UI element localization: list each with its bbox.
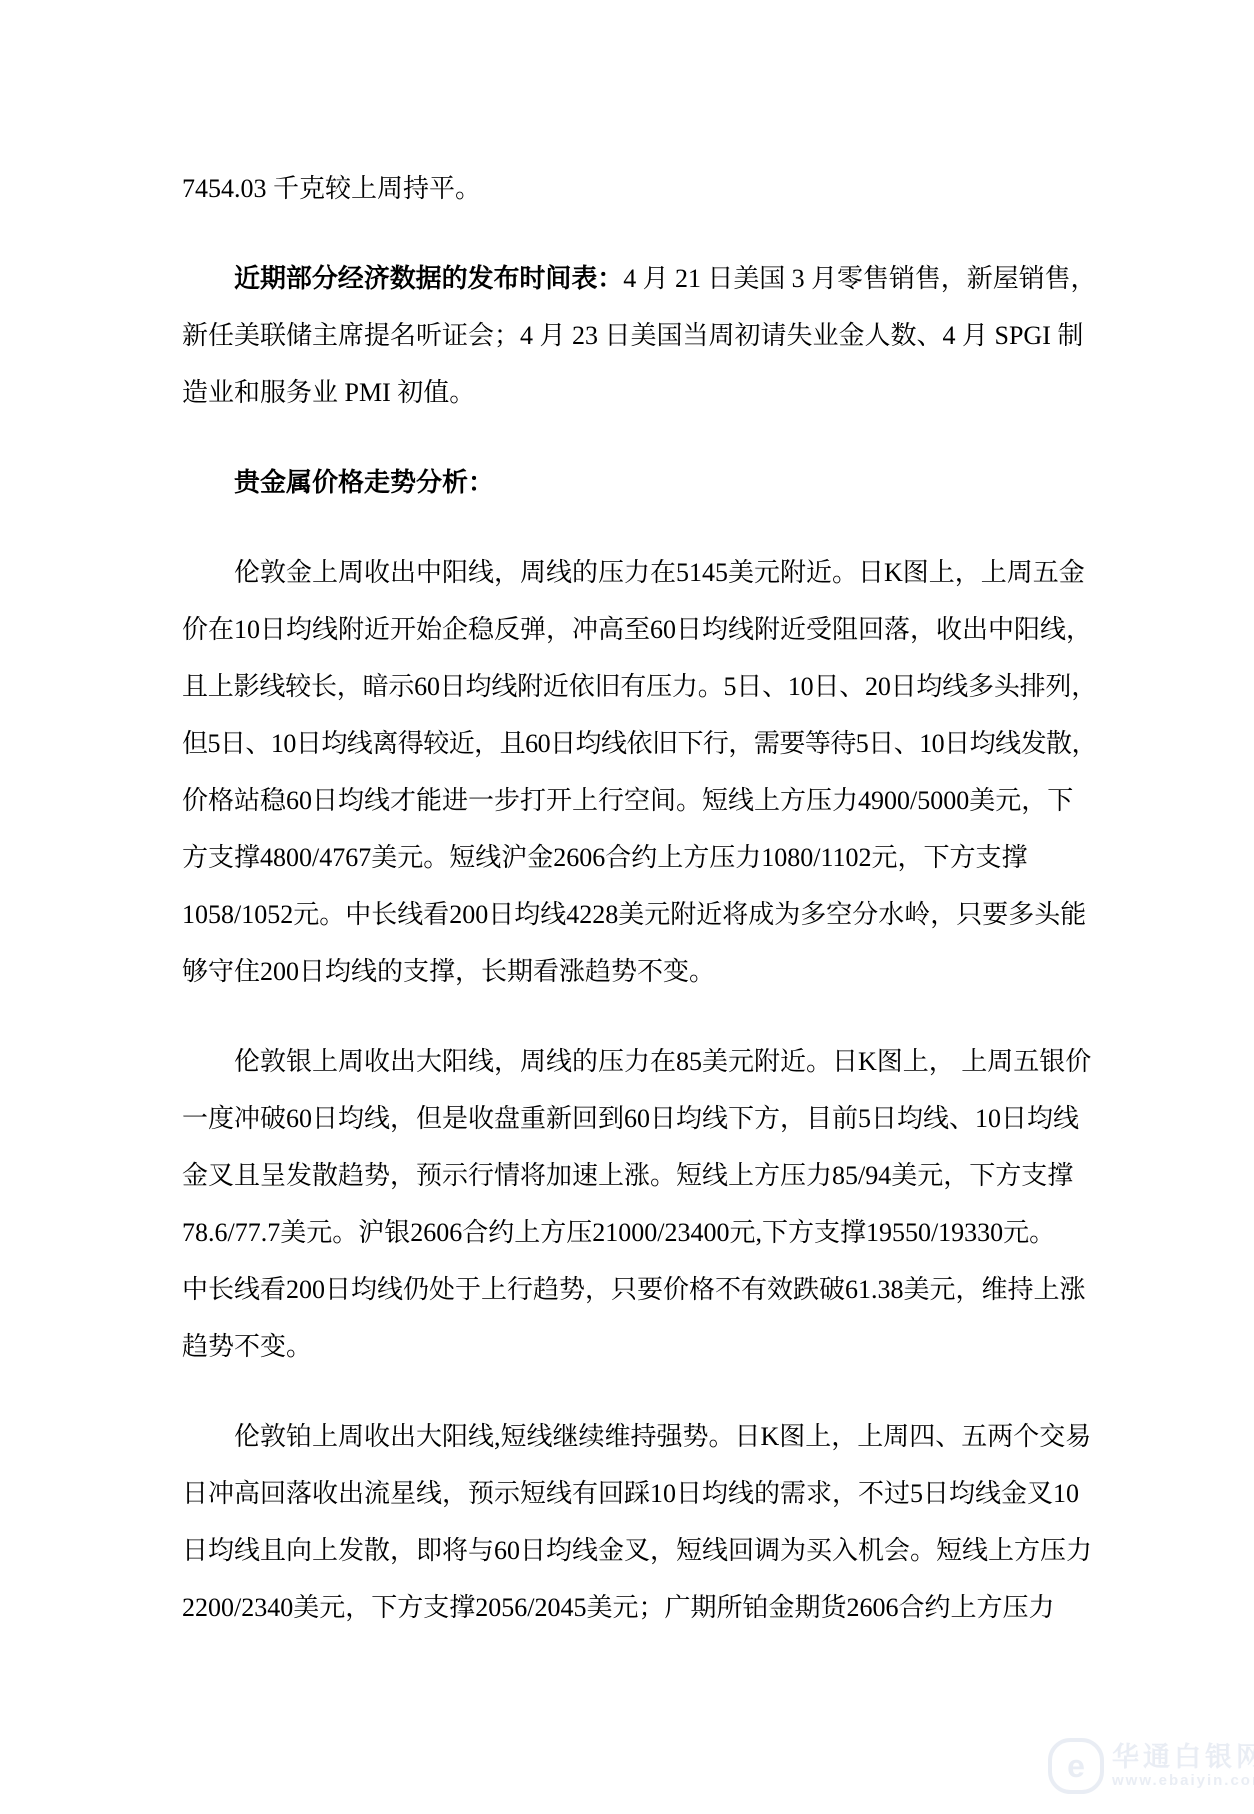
- paragraph-platinum-analysis: 伦敦铂上周收出大阳线,短线继续维持强势。日K图上，上周四、五两个交易日冲高回落收…: [182, 1408, 1097, 1636]
- text-run: 但5日、10日均线离得较近，且60日均线依旧下行，需要等待5日、10日均线发散，: [182, 729, 1097, 758]
- text-line: 日冲高回落收出流星线，预示短线有回踩10日均线的需求，不过5日均线金叉10: [182, 1465, 1097, 1522]
- text-line: 价在10日均线附近开始企稳反弹，冲高至60日均线附近受阻回落，收出中阳线，: [182, 601, 1097, 658]
- bold-text-run: 贵金属价格走势分析：: [234, 468, 494, 497]
- text-line: 够守住200日均线的支撑，长期看涨趋势不变。: [182, 943, 1097, 1000]
- text-line: 78.6/77.7美元。沪银2606合约上方压21000/23400元,下方支撑…: [182, 1204, 1097, 1261]
- watermark-site-url: www.ebaiyin.com: [1112, 1772, 1254, 1790]
- bold-text-run: 近期部分经济数据的发布时间表：: [234, 264, 623, 293]
- text-line: 一度冲破60日均线，但是收盘重新回到60日均线下方，目前5日均线、10日均线: [182, 1090, 1097, 1147]
- text-run: 伦敦银上周收出大阳线，周线的压力在85美元附近。日K图上， 上周五银价: [234, 1047, 1091, 1076]
- paragraph-gold-analysis: 伦敦金上周收出中阳线，周线的压力在5145美元附近。日K图上，上周五金价在10日…: [182, 544, 1097, 1000]
- paragraph-silver-analysis: 伦敦银上周收出大阳线，周线的压力在85美元附近。日K图上， 上周五银价一度冲破6…: [182, 1033, 1097, 1375]
- text-run: 78.6/77.7美元。沪银2606合约上方压21000/23400元,下方支撑…: [182, 1218, 1055, 1247]
- text-run: 伦敦金上周收出中阳线，周线的压力在5145美元附近。日K图上，上周五金: [234, 558, 1085, 587]
- text-line: 2200/2340美元，下方支撑2056/2045美元；广期所铂金期货2606合…: [182, 1579, 1097, 1636]
- text-run: 日冲高回落收出流星线，预示短线有回踩10日均线的需求，不过5日均线金叉10: [182, 1479, 1079, 1508]
- text-run: 1058/1052元。中长线看200日均线4228美元附近将成为多空分水岭，只要…: [182, 900, 1086, 929]
- text-run: 一度冲破60日均线，但是收盘重新回到60日均线下方，目前5日均线、10日均线: [182, 1104, 1079, 1133]
- text-run: 够守住200日均线的支撑，长期看涨趋势不变。: [182, 957, 715, 986]
- text-line: 中长线看200日均线仍处于上行趋势，只要价格不有效跌破61.38美元，维持上涨: [182, 1261, 1097, 1318]
- text-run: 金叉且呈发散趋势，预示行情将加速上涨。短线上方压力85/94美元，下方支撑: [182, 1161, 1073, 1190]
- text-line: 且上影线较长，暗示60日均线附近依旧有压力。5日、10日、20日均线多头排列，: [182, 658, 1097, 715]
- text-line: 伦敦铂上周收出大阳线,短线继续维持强势。日K图上，上周四、五两个交易: [182, 1408, 1097, 1465]
- watermark: e 华通白银网 www.ebaiyin.com: [1048, 1738, 1254, 1794]
- watermark-logo-icon: e: [1048, 1738, 1104, 1794]
- text-line: 伦敦金上周收出中阳线，周线的压力在5145美元附近。日K图上，上周五金: [182, 544, 1097, 601]
- text-run: 中长线看200日均线仍处于上行趋势，只要价格不有效跌破61.38美元，维持上涨: [182, 1275, 1086, 1304]
- watermark-text-block: 华通白银网 www.ebaiyin.com: [1112, 1742, 1254, 1790]
- watermark-logo-letter: e: [1067, 1748, 1085, 1785]
- text-run: 日均线且向上发散，即将与60日均线金叉，短线回调为买入机会。短线上方压力: [182, 1536, 1092, 1565]
- text-column: 7454.03 千克较上周持平。近期部分经济数据的发布时间表：4 月 21 日美…: [182, 160, 1097, 1669]
- text-line: 伦敦银上周收出大阳线，周线的压力在85美元附近。日K图上， 上周五银价: [182, 1033, 1097, 1090]
- text-line: 日均线且向上发散，即将与60日均线金叉，短线回调为买入机会。短线上方压力: [182, 1522, 1097, 1579]
- text-line: 7454.03 千克较上周持平。: [182, 160, 1097, 217]
- text-line: 1058/1052元。中长线看200日均线4228美元附近将成为多空分水岭，只要…: [182, 886, 1097, 943]
- text-line: 价格站稳60日均线才能进一步打开上行空间。短线上方压力4900/5000美元，下: [182, 772, 1097, 829]
- text-run: 价在10日均线附近开始企稳反弹，冲高至60日均线附近受阻回落，收出中阳线，: [182, 615, 1092, 644]
- text-run: 造业和服务业 PMI 初值。: [182, 378, 475, 407]
- watermark-site-name: 华通白银网: [1112, 1742, 1254, 1772]
- text-run: 趋势不变。: [182, 1332, 312, 1361]
- paragraph-economic-calendar: 近期部分经济数据的发布时间表：4 月 21 日美国 3 月零售销售，新屋销售，新…: [182, 250, 1097, 421]
- text-run: 且上影线较长，暗示60日均线附近依旧有压力。5日、10日、20日均线多头排列，: [182, 672, 1097, 701]
- text-run: 7454.03 千克较上周持平。: [182, 174, 481, 203]
- text-run: 4 月 21 日美国 3 月零售销售，新屋销售，: [623, 264, 1096, 293]
- text-line: 新任美联储主席提名听证会；4 月 23 日美国当周初请失业金人数、4 月 SPG…: [182, 307, 1097, 364]
- text-run: 2200/2340美元，下方支撑2056/2045美元；广期所铂金期货2606合…: [182, 1593, 1054, 1622]
- text-run: 价格站稳60日均线才能进一步打开上行空间。短线上方压力4900/5000美元，下: [182, 786, 1073, 815]
- document-page: 7454.03 千克较上周持平。近期部分经济数据的发布时间表：4 月 21 日美…: [0, 0, 1254, 1814]
- paragraph-analysis-heading: 贵金属价格走势分析：: [182, 454, 1097, 511]
- text-line: 贵金属价格走势分析：: [182, 454, 1097, 511]
- text-line: 近期部分经济数据的发布时间表：4 月 21 日美国 3 月零售销售，新屋销售，: [182, 250, 1097, 307]
- text-line: 方支撑4800/4767美元。短线沪金2606合约上方压力1080/1102元，…: [182, 829, 1097, 886]
- text-line: 但5日、10日均线离得较近，且60日均线依旧下行，需要等待5日、10日均线发散，: [182, 715, 1097, 772]
- paragraph-carryover-line: 7454.03 千克较上周持平。: [182, 160, 1097, 217]
- text-run: 新任美联储主席提名听证会；4 月 23 日美国当周初请失业金人数、4 月 SPG…: [182, 321, 1083, 350]
- text-run: 伦敦铂上周收出大阳线,短线继续维持强势。日K图上，上周四、五两个交易: [234, 1422, 1091, 1451]
- text-line: 造业和服务业 PMI 初值。: [182, 364, 1097, 421]
- text-run: 方支撑4800/4767美元。短线沪金2606合约上方压力1080/1102元，…: [182, 843, 1027, 872]
- text-line: 趋势不变。: [182, 1318, 1097, 1375]
- text-line: 金叉且呈发散趋势，预示行情将加速上涨。短线上方压力85/94美元，下方支撑: [182, 1147, 1097, 1204]
